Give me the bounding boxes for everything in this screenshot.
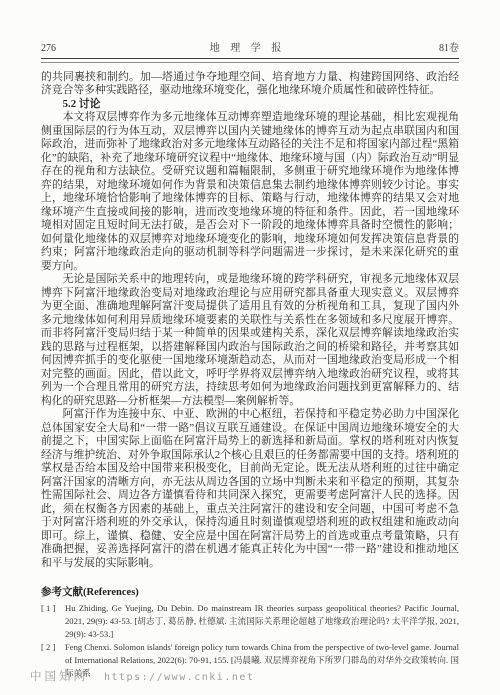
reference-item: [ 1 ] Hu Zhiding, Ge Yuejing, Du Debin. … [41,602,459,641]
article-body: 的共同裹挟和制约。加—塔通过争夺地理空间、培育地方力量、构建跨国网络、政治经济竞… [41,71,459,571]
reference-label: [ 2 ] [41,641,55,654]
carryover-paragraph: 的共同裹挟和制约。加—塔通过争夺地理空间、培育地方力量、构建跨国网络、政治经济竞… [41,71,459,98]
cnki-watermark-url: https://www.cnki.net [104,672,254,683]
reference-text: Hu Zhiding, Ge Yuejing, Du Debin. Do mai… [65,603,459,639]
page-header: 276 地 理 学 报 81卷 [41,0,459,55]
references-heading: 参考文献(References) [41,584,459,599]
cnki-watermark-name: 中国知网 [30,668,88,684]
header-divider-rule [41,58,459,63]
section-heading-discussion: 5.2 讨论 [41,98,459,112]
journal-page: 276 地 理 学 报 81卷 的共同裹挟和制约。加—塔通过争夺地理空间、培育地… [0,0,500,695]
discussion-paragraph-1: 本文将双层博弈作为多元地缘体互动博弈塑造地缘环境的理论基础，相比宏观视角侧重国际… [41,111,459,273]
discussion-paragraph-2: 无论是国际关系中的地理转向，或是地缘环境的跨学科研究，审视多元地缘体双层博弈下阿… [41,273,459,408]
volume-number: 81卷 [439,43,459,55]
journal-title: 地 理 学 报 [210,43,286,55]
discussion-paragraph-3: 阿富汗作为连接中东、中亚、欧洲的中心枢纽，若保持和平稳定势必助力中国深化总体国家… [41,408,459,570]
page-number: 276 [41,43,56,55]
cnki-watermark: 中国知网 https://www.cnki.net [30,668,254,684]
reference-label: [ 1 ] [41,602,55,615]
